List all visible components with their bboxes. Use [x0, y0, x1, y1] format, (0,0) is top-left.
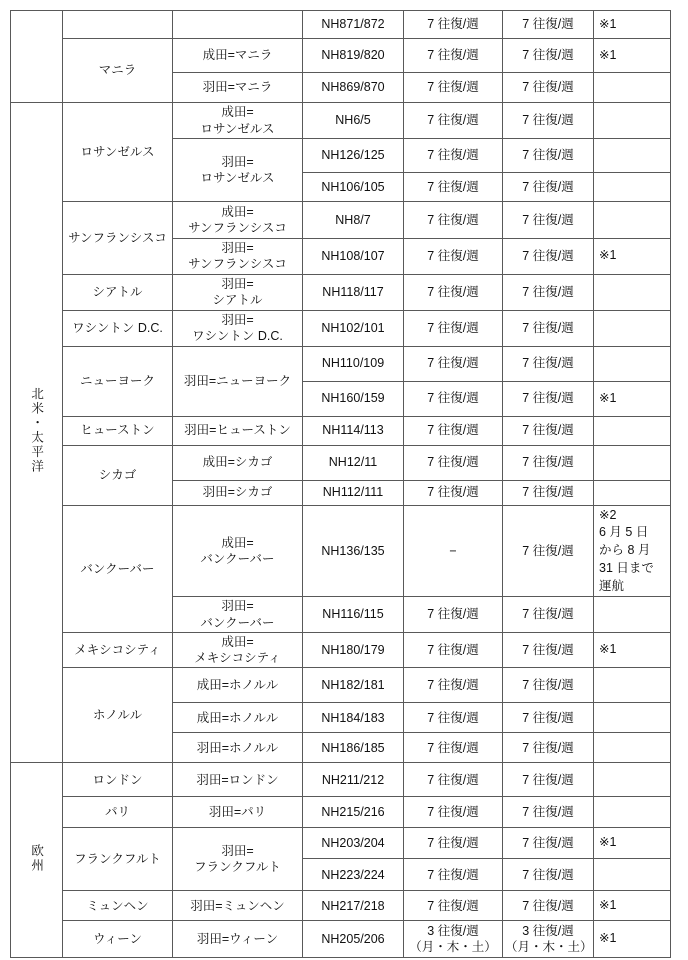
note-cell: ※1: [594, 11, 671, 39]
frequency-cell: 7 往復/週: [404, 173, 503, 202]
frequency-cell: 7 往復/週: [503, 828, 594, 859]
table-row: 欧州 ロンドン 羽田=ロンドン NH211/212 7 往復/週 7 往復/週: [11, 763, 671, 797]
frequency-cell: 7 往復/週: [503, 632, 594, 668]
city-cell: ヒューストン: [63, 416, 173, 445]
route-cell: 羽田=ウィーン: [173, 921, 303, 958]
note-cell: ※1: [594, 632, 671, 668]
frequency-cell: 7 往復/週: [503, 797, 594, 828]
city-cell: バンクーバー: [63, 505, 173, 632]
frequency-cell: 7 往復/週: [404, 763, 503, 797]
frequency-cell: 7 往復/週: [503, 274, 594, 310]
frequency-cell: 7 往復/週: [503, 445, 594, 480]
frequency-cell: 7 往復/週: [404, 11, 503, 39]
route-cell: 羽田=ミュンヘン: [173, 891, 303, 921]
note-cell: [594, 416, 671, 445]
frequency-cell: 7 往復/週: [404, 346, 503, 381]
flight-number-cell: NH182/181: [303, 668, 404, 703]
frequency-cell: 7 往復/週: [503, 73, 594, 103]
flight-number-cell: NH116/115: [303, 597, 404, 633]
table-row: マニラ 成田=マニラ NH819/820 7 往復/週 7 往復/週 ※1: [11, 39, 671, 73]
frequency-cell: 7 往復/週: [404, 239, 503, 275]
note-cell: [594, 703, 671, 733]
frequency-cell: 7 往復/週: [503, 139, 594, 173]
frequency-cell: 7 往復/週: [503, 597, 594, 633]
route-cell: 成田= バンクーバー: [173, 505, 303, 597]
frequency-cell: 3 往復/週 （月・木・土）: [404, 921, 503, 958]
frequency-cell: 7 往復/週: [503, 11, 594, 39]
route-cell: 羽田=パリ: [173, 797, 303, 828]
flight-number-cell: NH186/185: [303, 733, 404, 763]
table-row: シカゴ 成田=シカゴ NH12/11 7 往復/週 7 往復/週: [11, 445, 671, 480]
route-cell: 羽田=シカゴ: [173, 480, 303, 505]
note-cell: [594, 139, 671, 173]
frequency-cell: 7 往復/週: [404, 480, 503, 505]
table-row: ウィーン 羽田=ウィーン NH205/206 3 往復/週 （月・木・土） 3 …: [11, 921, 671, 958]
flight-number-cell: NH871/872: [303, 11, 404, 39]
note-cell: [594, 797, 671, 828]
flight-number-cell: NH114/113: [303, 416, 404, 445]
note-cell: [594, 445, 671, 480]
city-cell: ウィーン: [63, 921, 173, 958]
note-cell: [594, 310, 671, 346]
note-cell: [594, 103, 671, 139]
flight-number-cell: NH217/218: [303, 891, 404, 921]
flight-number-cell: NH136/135: [303, 505, 404, 597]
frequency-cell: 3 往復/週 （月・木・土）: [503, 921, 594, 958]
frequency-cell: 7 往復/週: [503, 763, 594, 797]
flight-number-cell: NH6/5: [303, 103, 404, 139]
table-row: ヒューストン 羽田=ヒューストン NH114/113 7 往復/週 7 往復/週: [11, 416, 671, 445]
flight-number-cell: NH869/870: [303, 73, 404, 103]
frequency-cell: 7 往復/週: [503, 733, 594, 763]
route-cell: 成田= ロサンゼルス: [173, 103, 303, 139]
frequency-cell: 7 往復/週: [503, 239, 594, 275]
note-cell: ※1: [594, 828, 671, 859]
frequency-cell: 7 往復/週: [404, 703, 503, 733]
frequency-cell: 7 往復/週: [404, 416, 503, 445]
table-row: ワシントン D.C. 羽田= ワシントン D.C. NH102/101 7 往復…: [11, 310, 671, 346]
table-row: メキシコシティ 成田= メキシコシティ NH180/179 7 往復/週 7 往…: [11, 632, 671, 668]
route-cell: 羽田= ワシントン D.C.: [173, 310, 303, 346]
note-cell: [594, 480, 671, 505]
region-label: 欧州: [28, 844, 44, 873]
note-cell: ※1: [594, 39, 671, 73]
note-cell: [594, 668, 671, 703]
route-cell: 成田=ホノルル: [173, 703, 303, 733]
table-row: サンフランシスコ 成田= サンフランシスコ NH8/7 7 往復/週 7 往復/…: [11, 202, 671, 239]
frequency-cell: 7 往復/週: [503, 703, 594, 733]
region-cell: 北米・太平洋: [11, 103, 63, 763]
city-cell: シアトル: [63, 274, 173, 310]
frequency-cell: 7 往復/週: [404, 39, 503, 73]
frequency-cell: 7 往復/週: [404, 445, 503, 480]
frequency-cell: 7 往復/週: [404, 139, 503, 173]
flight-number-cell: NH160/159: [303, 381, 404, 416]
frequency-cell: 7 往復/週: [503, 381, 594, 416]
frequency-cell: 7 往復/週: [404, 381, 503, 416]
region-cell: [11, 11, 63, 103]
flight-schedule-table: NH871/872 7 往復/週 7 往復/週 ※1 マニラ 成田=マニラ NH…: [10, 10, 671, 958]
note-cell: [594, 73, 671, 103]
city-cell: サンフランシスコ: [63, 202, 173, 275]
city-cell: マニラ: [63, 39, 173, 103]
route-cell: [173, 11, 303, 39]
city-cell: ロサンゼルス: [63, 103, 173, 202]
flight-number-cell: NH12/11: [303, 445, 404, 480]
table-row: パリ 羽田=パリ NH215/216 7 往復/週 7 往復/週: [11, 797, 671, 828]
route-cell: 羽田=ホノルル: [173, 733, 303, 763]
note-cell: ※1: [594, 891, 671, 921]
city-cell: フランクフルト: [63, 828, 173, 891]
note-cell: [594, 173, 671, 202]
route-cell: 成田=ホノルル: [173, 668, 303, 703]
flight-number-cell: NH106/105: [303, 173, 404, 202]
flight-number-cell: NH211/212: [303, 763, 404, 797]
region-label: 北米・太平洋: [28, 387, 44, 474]
frequency-cell: 7 往復/週: [404, 310, 503, 346]
frequency-cell: 7 往復/週: [404, 202, 503, 239]
table-row: ミュンヘン 羽田=ミュンヘン NH217/218 7 往復/週 7 往復/週 ※…: [11, 891, 671, 921]
route-cell: 羽田= フランクフルト: [173, 828, 303, 891]
frequency-cell: 7 往復/週: [503, 480, 594, 505]
table-row: ホノルル 成田=ホノルル NH182/181 7 往復/週 7 往復/週: [11, 668, 671, 703]
route-cell: 羽田=ニューヨーク: [173, 346, 303, 416]
flight-number-cell: NH184/183: [303, 703, 404, 733]
frequency-cell: 7 往復/週: [503, 668, 594, 703]
city-cell: [63, 11, 173, 39]
flight-number-cell: NH8/7: [303, 202, 404, 239]
frequency-cell: 7 往復/週: [404, 859, 503, 891]
region-cell: 欧州: [11, 763, 63, 958]
flight-number-cell: NH110/109: [303, 346, 404, 381]
frequency-cell: 7 往復/週: [404, 668, 503, 703]
route-cell: 羽田=ヒューストン: [173, 416, 303, 445]
route-cell: 羽田= バンクーバー: [173, 597, 303, 633]
flight-number-cell: NH126/125: [303, 139, 404, 173]
frequency-cell: 7 往復/週: [404, 828, 503, 859]
frequency-cell: 7 往復/週: [404, 733, 503, 763]
city-cell: ロンドン: [63, 763, 173, 797]
frequency-cell: 7 往復/週: [404, 73, 503, 103]
table-row: 北米・太平洋 ロサンゼルス 成田= ロサンゼルス NH6/5 7 往復/週 7 …: [11, 103, 671, 139]
frequency-cell: 7 往復/週: [404, 891, 503, 921]
frequency-cell: 7 往復/週: [404, 632, 503, 668]
flight-number-cell: NH118/117: [303, 274, 404, 310]
table-row: バンクーバー 成田= バンクーバー NH136/135 − 7 往復/週 ※2 …: [11, 505, 671, 597]
flight-number-cell: NH180/179: [303, 632, 404, 668]
note-cell: [594, 859, 671, 891]
city-cell: メキシコシティ: [63, 632, 173, 668]
frequency-cell: 7 往復/週: [503, 103, 594, 139]
route-cell: 羽田= サンフランシスコ: [173, 239, 303, 275]
note-cell: ※1: [594, 381, 671, 416]
frequency-cell: 7 往復/週: [503, 346, 594, 381]
route-cell: 羽田=マニラ: [173, 73, 303, 103]
frequency-cell: 7 往復/週: [404, 797, 503, 828]
table-row: フランクフルト 羽田= フランクフルト NH203/204 7 往復/週 7 往…: [11, 828, 671, 859]
flight-number-cell: NH223/224: [303, 859, 404, 891]
frequency-cell: 7 往復/週: [503, 202, 594, 239]
frequency-cell: −: [404, 505, 503, 597]
frequency-cell: 7 往復/週: [503, 505, 594, 597]
note-cell: [594, 274, 671, 310]
route-cell: 成田= メキシコシティ: [173, 632, 303, 668]
route-cell: 羽田= シアトル: [173, 274, 303, 310]
table-row: シアトル 羽田= シアトル NH118/117 7 往復/週 7 往復/週: [11, 274, 671, 310]
table-row: NH871/872 7 往復/週 7 往復/週 ※1: [11, 11, 671, 39]
flight-number-cell: NH203/204: [303, 828, 404, 859]
note-cell: ※1: [594, 239, 671, 275]
route-cell: 羽田= ロサンゼルス: [173, 139, 303, 202]
route-cell: 羽田=ロンドン: [173, 763, 303, 797]
route-cell: 成田=シカゴ: [173, 445, 303, 480]
note-cell: [594, 597, 671, 633]
note-cell: [594, 202, 671, 239]
city-cell: ワシントン D.C.: [63, 310, 173, 346]
note-cell: ※2 6 月 5 日 から 8 月 31 日まで 運航: [594, 505, 671, 597]
route-cell: 成田= サンフランシスコ: [173, 202, 303, 239]
city-cell: ニューヨーク: [63, 346, 173, 416]
note-cell: ※1: [594, 921, 671, 958]
frequency-cell: 7 往復/週: [503, 310, 594, 346]
flight-number-cell: NH819/820: [303, 39, 404, 73]
table-row: ニューヨーク 羽田=ニューヨーク NH110/109 7 往復/週 7 往復/週: [11, 346, 671, 381]
city-cell: パリ: [63, 797, 173, 828]
flight-number-cell: NH112/111: [303, 480, 404, 505]
note-cell: [594, 346, 671, 381]
flight-number-cell: NH215/216: [303, 797, 404, 828]
frequency-cell: 7 往復/週: [404, 103, 503, 139]
frequency-cell: 7 往復/週: [503, 173, 594, 202]
city-cell: ミュンヘン: [63, 891, 173, 921]
note-cell: [594, 733, 671, 763]
frequency-cell: 7 往復/週: [404, 274, 503, 310]
note-cell: [594, 763, 671, 797]
flight-number-cell: NH205/206: [303, 921, 404, 958]
frequency-cell: 7 往復/週: [503, 859, 594, 891]
frequency-cell: 7 往復/週: [503, 891, 594, 921]
city-cell: シカゴ: [63, 445, 173, 505]
frequency-cell: 7 往復/週: [503, 416, 594, 445]
flight-number-cell: NH102/101: [303, 310, 404, 346]
frequency-cell: 7 往復/週: [404, 597, 503, 633]
frequency-cell: 7 往復/週: [503, 39, 594, 73]
flight-number-cell: NH108/107: [303, 239, 404, 275]
city-cell: ホノルル: [63, 668, 173, 763]
route-cell: 成田=マニラ: [173, 39, 303, 73]
